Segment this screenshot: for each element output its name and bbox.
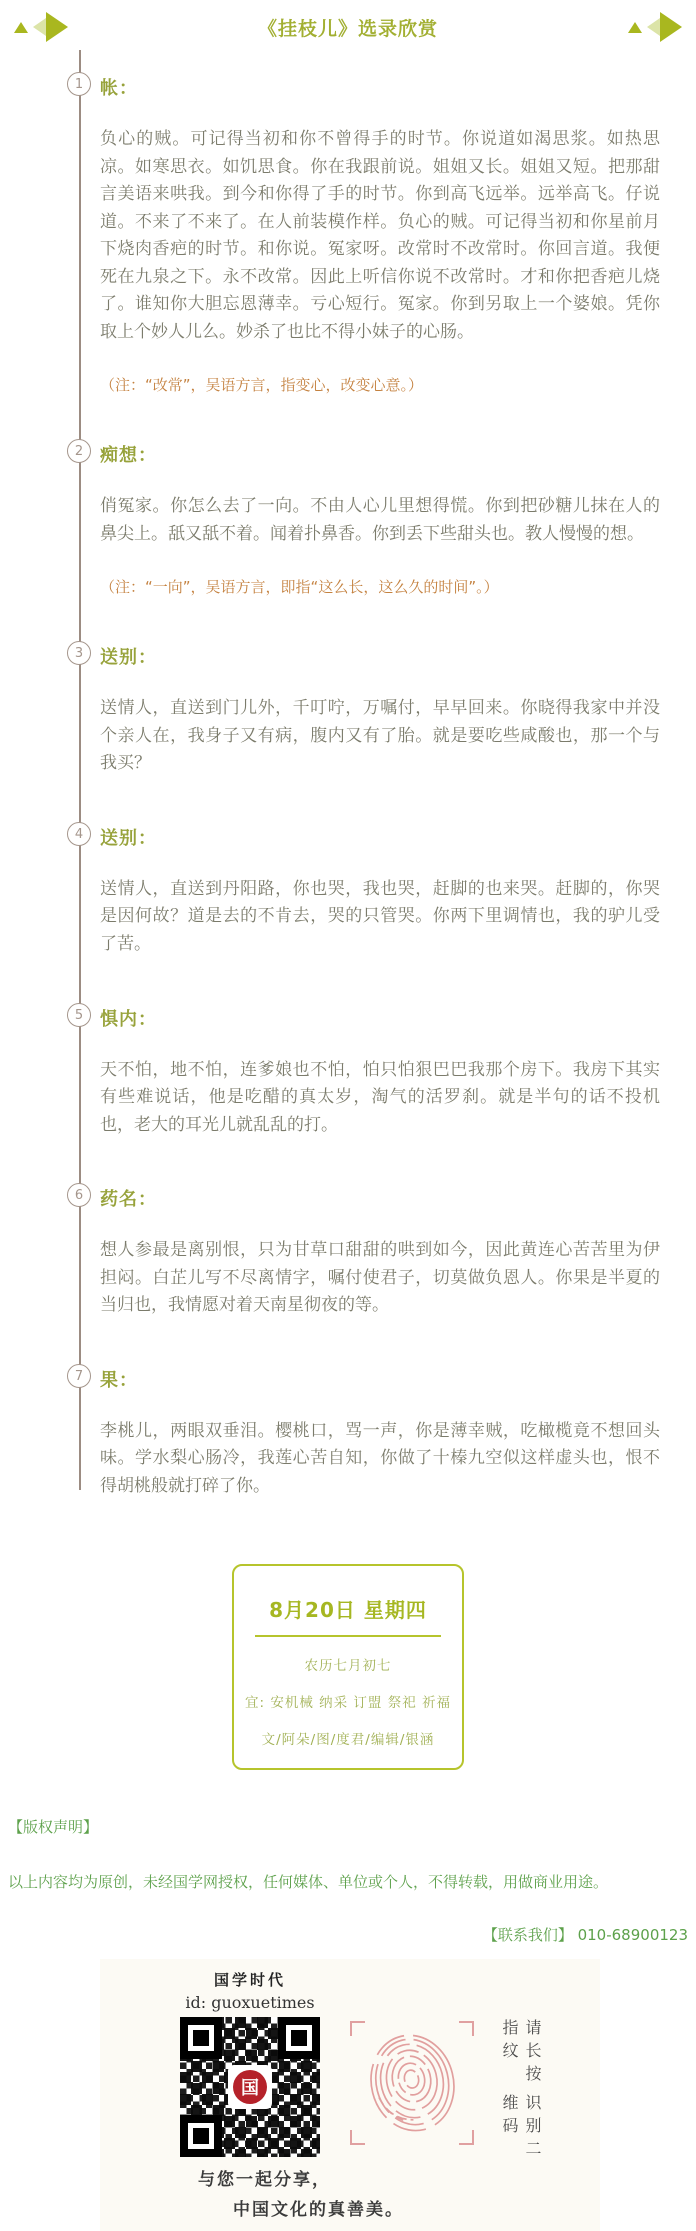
section-note: （注：“改常”，吴语方言，指变心，改变心意。） bbox=[100, 374, 660, 395]
contact-info: 【联系我们】 010-68900123 bbox=[8, 1924, 688, 1945]
wechat-id: id: guoxuetimes bbox=[100, 1993, 400, 2012]
section-number-badge: 4 bbox=[67, 822, 91, 846]
header-decor-right bbox=[628, 12, 682, 42]
section-2: 2 痴想： 俏冤家。你怎么去了一向。不由人心儿里想得慌。你到把砂糖儿抹在人的鼻尖… bbox=[0, 441, 660, 597]
qr-finder-icon bbox=[278, 2017, 320, 2059]
qr-finder-icon bbox=[180, 2115, 222, 2157]
section-title: 送别： bbox=[100, 643, 660, 669]
section-body: 送情人，直送到门儿外，千叮咛，万嘱付，早早回来。你晓得我家中并没个亲人在，我身子… bbox=[100, 695, 660, 778]
calendar-date: 8月20日 星期四 bbox=[255, 1594, 442, 1637]
long-press-instruction: 请长按指纹 识别二维码 bbox=[488, 2019, 544, 2169]
section-note: （注：“一向”，吴语方言，即指“这么长，这么久的时间”。） bbox=[100, 576, 660, 597]
verse-timeline: 1 帐： 负心的贼。可记得当初和你不曾得手的时节。你说道如渴思浆。如热思凉。如寒… bbox=[0, 74, 660, 1500]
header-decor-left bbox=[14, 12, 68, 42]
section-number-badge: 5 bbox=[67, 1003, 91, 1027]
almanac-card: 8月20日 星期四 农历七月初七 宜: 安机械 纳采 订盟 祭祀 祈福 文/阿朵… bbox=[232, 1564, 464, 1770]
section-1: 1 帐： 负心的贼。可记得当初和你不曾得手的时节。你说道如渴思浆。如热思凉。如寒… bbox=[0, 74, 660, 395]
section-title: 送别： bbox=[100, 824, 660, 850]
section-body: 天不怕，地不怕，连爹娘也不怕，怕只怕狠巴巴我那个房下。我房下其实有些难说话，他是… bbox=[100, 1057, 660, 1140]
instruction-col-right: 请长按指纹 bbox=[498, 2019, 544, 2094]
right-triangle-icon bbox=[46, 12, 68, 42]
corner-bracket-icon bbox=[459, 2130, 474, 2145]
section-5: 5 惧内： 天不怕，地不怕，连爹娘也不怕，怕只怕狠巴巴我那个房下。我房下其实有些… bbox=[0, 1005, 660, 1140]
section-body: 负心的贼。可记得当初和你不曾得手的时节。你说道如渴思浆。如热思凉。如寒思衣。如饥… bbox=[100, 126, 660, 346]
calendar-lunar-date: 农历七月初七 bbox=[234, 1654, 462, 1674]
corner-bracket-icon bbox=[459, 2021, 474, 2036]
section-number-badge: 3 bbox=[67, 641, 91, 665]
up-triangle-icon bbox=[628, 22, 642, 33]
section-body: 李桃儿，两眼双垂泪。樱桃口，骂一声，你是薄幸贼，吃橄榄竟不想回头味。学水梨心肠冷… bbox=[100, 1418, 660, 1501]
section-3: 3 送别： 送情人，直送到门儿外，千叮咛，万嘱付，早早回来。你晓得我家中并没个亲… bbox=[0, 643, 660, 778]
left-triangle-icon bbox=[33, 18, 46, 36]
corner-bracket-icon bbox=[350, 2130, 365, 2145]
section-number-badge: 2 bbox=[67, 439, 91, 463]
section-body: 送情人，直送到丹阳路，你也哭，我也哭，赶脚的也来哭。赶脚的，你哭是因何故？道是去… bbox=[100, 876, 660, 959]
section-title: 药名： bbox=[100, 1185, 660, 1211]
qr-code: 国 bbox=[180, 2017, 320, 2157]
brand-name: 国学时代 bbox=[100, 1969, 400, 1990]
section-number-badge: 1 bbox=[67, 72, 91, 96]
brand-logo-icon: 国 bbox=[233, 2070, 267, 2104]
section-7: 7 果： 李桃儿，两眼双垂泪。樱桃口，骂一声，你是薄幸贼，吃橄榄竟不想回头味。学… bbox=[0, 1366, 660, 1501]
instruction-col-left: 识别二维码 bbox=[498, 2094, 544, 2169]
calendar-suitable-activities: 宜: 安机械 纳采 订盟 祭祀 祈福 bbox=[234, 1691, 462, 1711]
section-title: 惧内： bbox=[100, 1005, 660, 1031]
up-triangle-icon bbox=[14, 22, 28, 33]
section-6: 6 药名： 想人参最是离别恨，只为甘草口甜甜的哄到如今，因此黄连心苦苦里为伊担闷… bbox=[0, 1185, 660, 1320]
qr-center-logo: 国 bbox=[228, 2065, 272, 2109]
footer-promo-card: 国学时代 id: guoxuetimes 国 与您一起分享， 中国文化的真善美。 bbox=[100, 1959, 600, 2231]
slogan-line-2: 中国文化的真善美。 bbox=[233, 2195, 404, 2220]
calendar-credits: 文/阿朵/图/度君/编辑/银涵 bbox=[234, 1728, 462, 1748]
fingerprint-icon bbox=[350, 2021, 474, 2145]
section-title: 帐： bbox=[100, 74, 660, 100]
qr-finder-icon bbox=[180, 2017, 222, 2059]
section-4: 4 送别： 送情人，直送到丹阳路，你也哭，我也哭，赶脚的也来哭。赶脚的，你哭是因… bbox=[0, 824, 660, 959]
section-number-badge: 6 bbox=[67, 1183, 91, 1207]
corner-bracket-icon bbox=[350, 2021, 365, 2036]
copyright-statement: 以上内容均为原创，未经国学网授权，任何媒体、单位或个人，不得转载，用做商业用途。 bbox=[8, 1871, 688, 1892]
copyright-block: 【版权声明】 以上内容均为原创，未经国学网授权，任何媒体、单位或个人，不得转载，… bbox=[8, 1816, 688, 1945]
header: 《挂枝儿》选录欣赏 bbox=[0, 0, 696, 44]
section-body: 俏冤家。你怎么去了一向。不由人心儿里想得慌。你到把砂糖儿抹在人的鼻尖上。舐又舐不… bbox=[100, 493, 660, 548]
page-title: 《挂枝儿》选录欣赏 bbox=[68, 14, 628, 41]
slogan-line-1: 与您一起分享， bbox=[198, 2165, 331, 2190]
fingerprint-scan-area bbox=[350, 2021, 474, 2145]
section-number-badge: 7 bbox=[67, 1364, 91, 1388]
section-body: 想人参最是离别恨，只为甘草口甜甜的哄到如今，因此黄连心苦苦里为伊担闷。白芷儿写不… bbox=[100, 1237, 660, 1320]
section-title: 痴想： bbox=[100, 441, 660, 467]
copyright-heading: 【版权声明】 bbox=[8, 1816, 688, 1837]
section-title: 果： bbox=[100, 1366, 660, 1392]
left-triangle-icon bbox=[647, 18, 660, 36]
right-triangle-icon bbox=[660, 12, 682, 42]
